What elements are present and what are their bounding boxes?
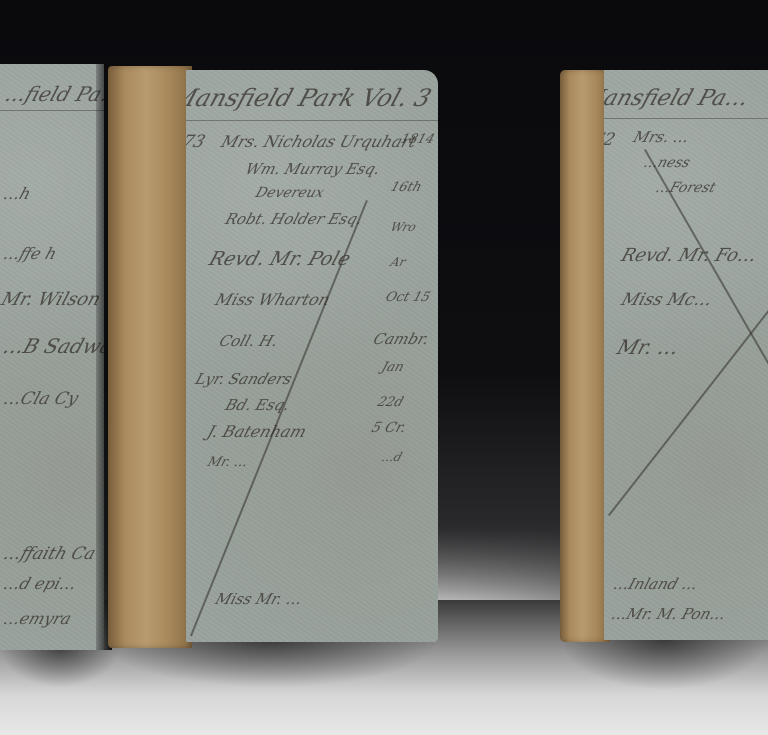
center-right-7: Jan — [380, 360, 406, 375]
left-title-rule — [0, 110, 104, 111]
center-right-4: Ar — [389, 255, 408, 269]
left-line-2: …ffe h — [1, 244, 59, 263]
center-line-10: J. Batenham — [205, 422, 309, 441]
center-line-4: Robt. Holder Esq. — [223, 210, 365, 228]
right-title: Mansfield Pa… — [604, 86, 752, 111]
center-volume-cover: Mansfield Park Vol. 3 273 Mrs. Nicholas … — [186, 70, 438, 642]
center-line-5: Revd. Mr. Pole — [206, 248, 353, 270]
right-line-6: Mr. … — [614, 335, 682, 359]
center-line-7: Coll. H. — [217, 332, 280, 350]
left-line-4: …B Sadway — [0, 334, 104, 358]
right-volume-cover: Mansfield Pa… 272 Mrs. … …ness …Forest R… — [604, 70, 768, 640]
right-line-4: Revd. Mr. Fo… — [619, 245, 760, 266]
center-line-3: Devereux — [253, 185, 326, 201]
left-line-5: …Cla Cy — [1, 389, 81, 409]
left-title-fragment: …field Pa… — [2, 82, 104, 106]
center-right-10: …d — [380, 450, 404, 464]
center-right-5: Oct 15 — [384, 290, 433, 305]
right-volume-spine — [560, 70, 610, 642]
center-line-11: Mr. … — [206, 455, 250, 470]
center-right-1: 1814 — [399, 132, 437, 147]
center-line-12: Miss Mr. … — [213, 590, 305, 608]
center-volume-spine — [108, 66, 192, 648]
left-line-8: …emyra — [1, 609, 74, 628]
center-right-8: 22d — [376, 395, 406, 410]
right-volume-number: 272 — [604, 130, 618, 150]
center-volume-number: 273 — [186, 132, 208, 152]
center-line-6: Miss Wharton — [213, 290, 332, 309]
right-line-1: Mrs. … — [631, 128, 692, 146]
center-line-8: Lyr. Sanders — [193, 370, 294, 388]
center-right-3: Wro — [389, 220, 418, 234]
left-volume-cover: …field Pa… …h …ffe h Mr. Wilson …B Sadwa… — [0, 64, 104, 650]
right-line-7: …Inland … — [611, 575, 700, 593]
right-line-5: Miss Mc… — [619, 290, 715, 310]
right-line-8: …Mr. M. Pon… — [609, 605, 728, 623]
center-title: Mansfield Park Vol. 3 — [186, 84, 435, 112]
left-line-1: …h — [1, 184, 33, 203]
left-line-3: Mr. Wilson — [0, 289, 103, 310]
left-line-6: …ffaith Ca — [1, 544, 98, 564]
center-line-2: Wm. Murray Esq. — [243, 160, 383, 178]
center-right-9: 5 Cr. — [369, 420, 408, 436]
center-right-2: 16th — [389, 180, 424, 195]
left-line-7: …d epi… — [1, 574, 79, 593]
center-right-6: Cambr. — [371, 330, 431, 348]
center-title-rule — [186, 120, 438, 121]
right-volume-shadow — [560, 640, 768, 690]
center-line-1: Mrs. Nicholas Urquhart — [219, 132, 419, 151]
right-title-rule — [604, 118, 768, 119]
